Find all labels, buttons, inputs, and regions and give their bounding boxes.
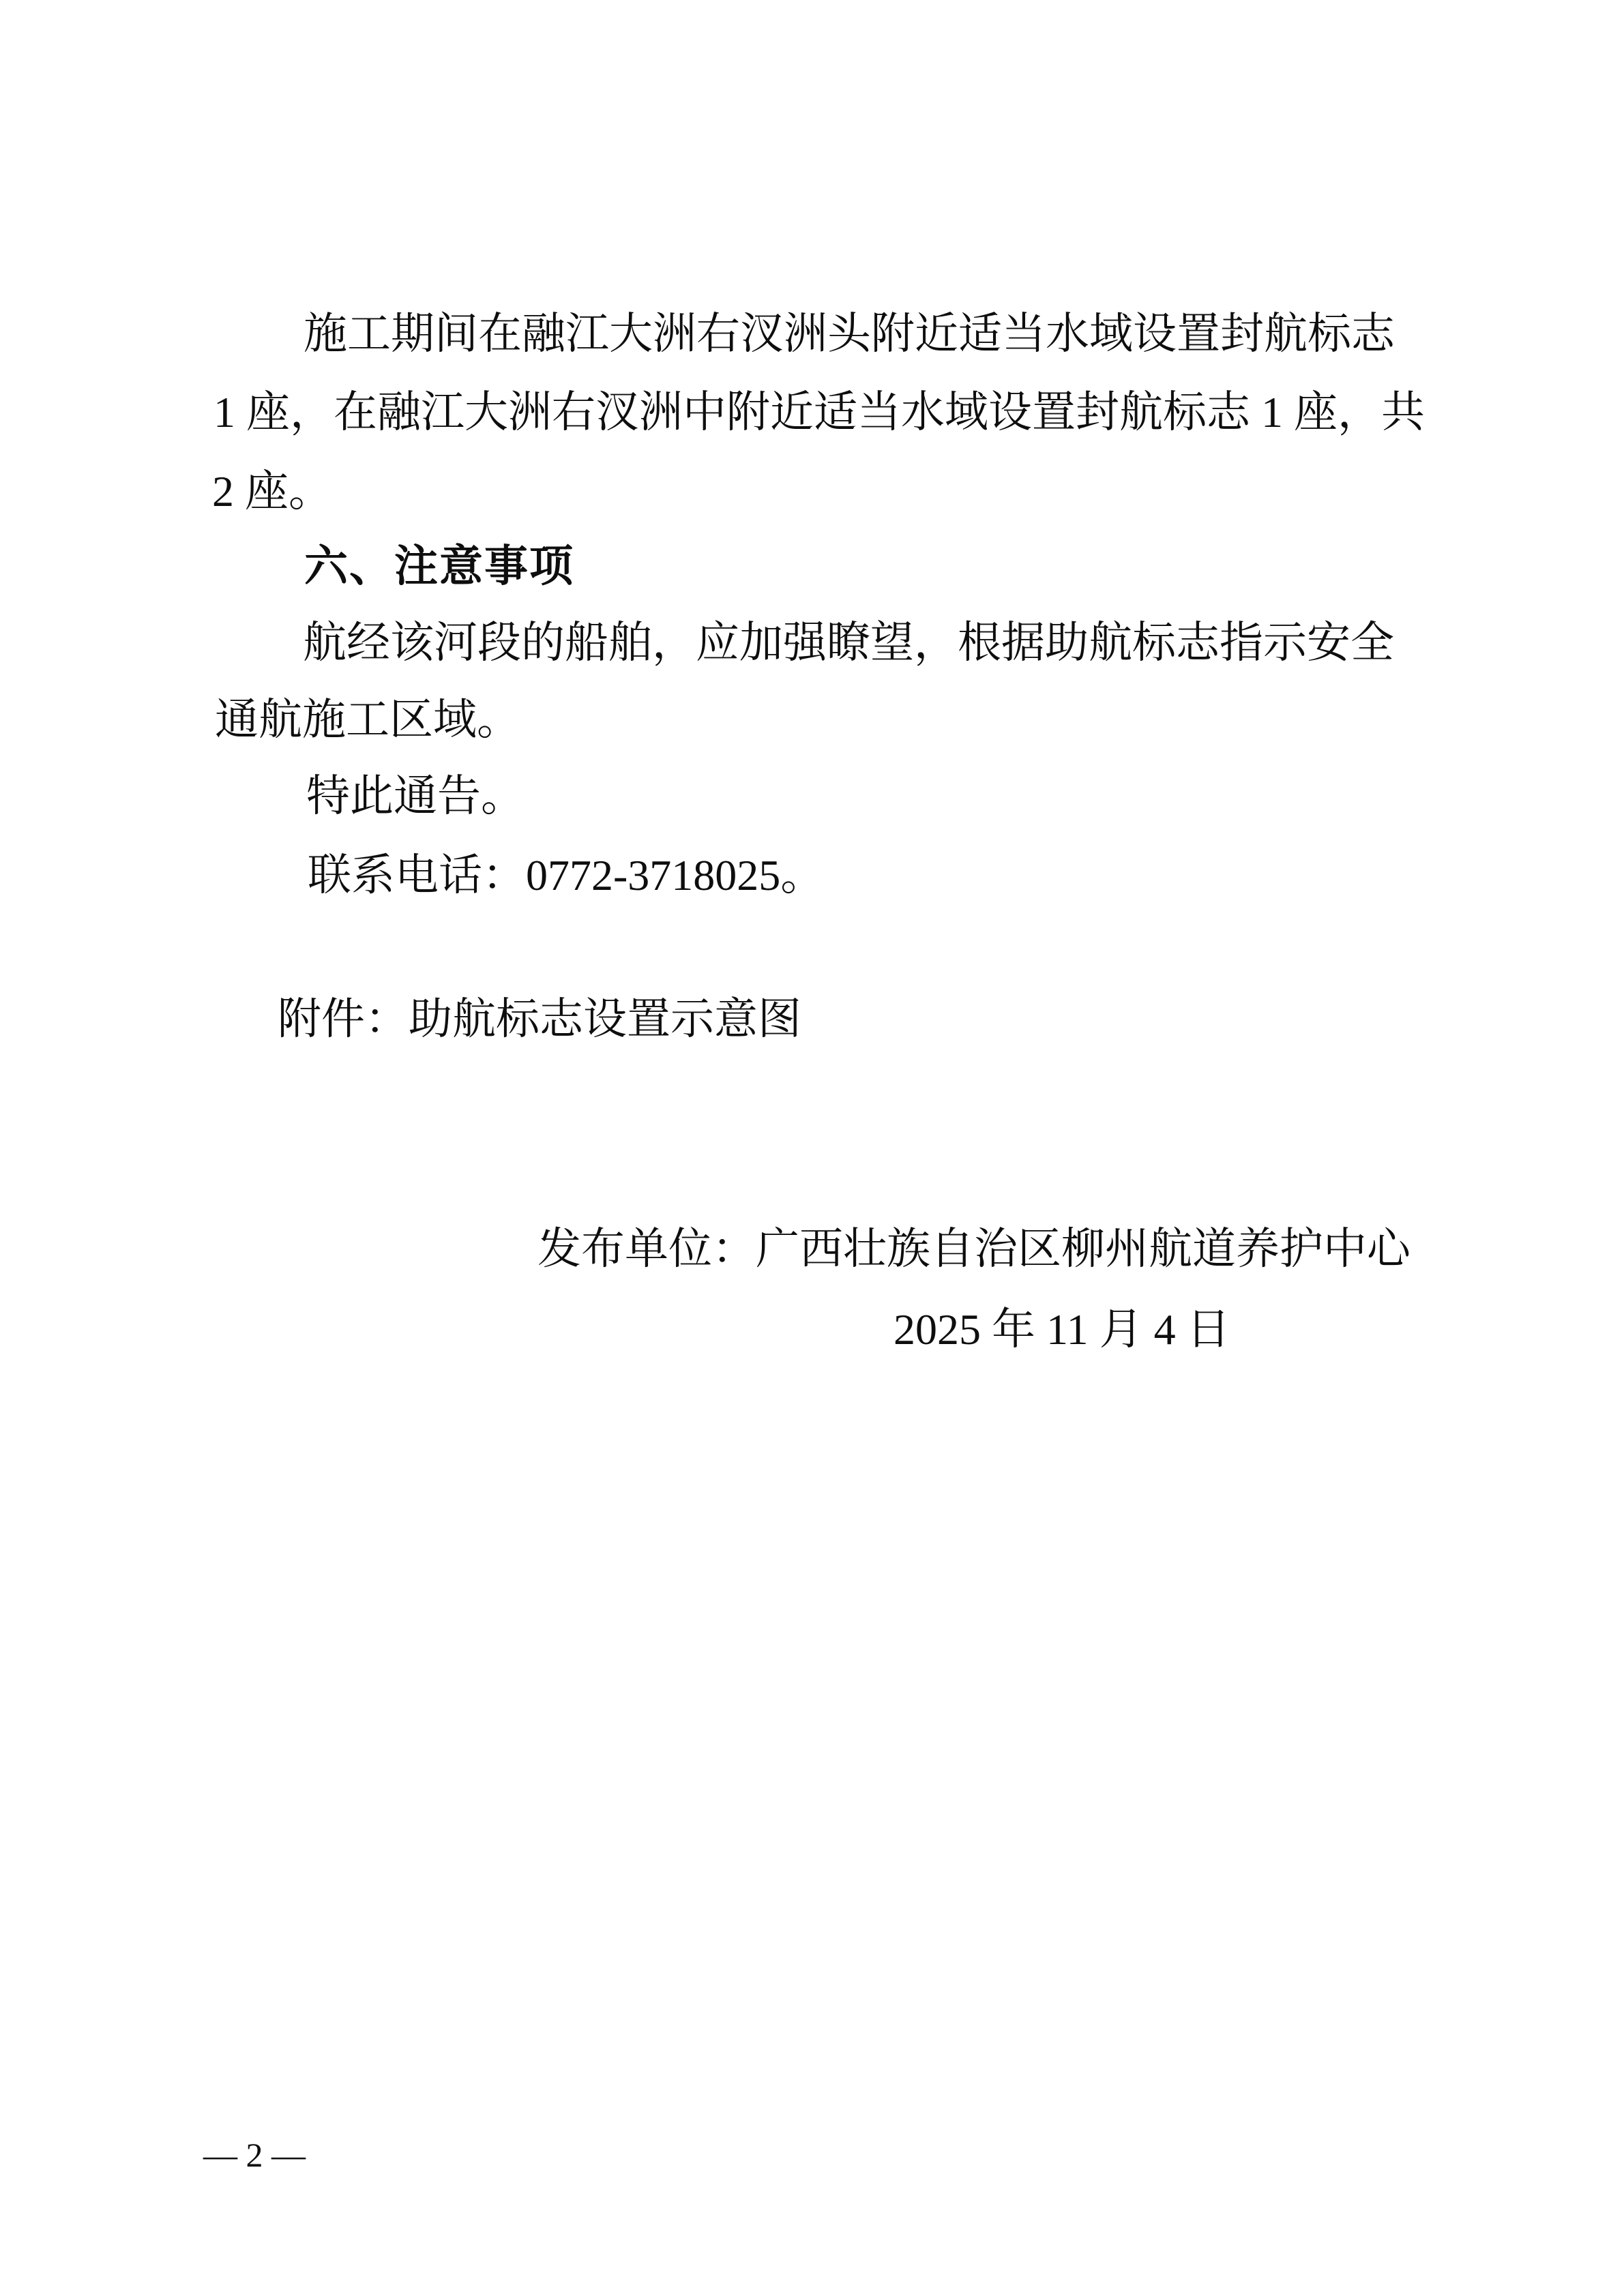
signs-paragraph-line-1: 施工期间在融江大洲右汊洲头附近适当水域设置封航标志 xyxy=(304,310,1395,358)
notes-paragraph-line-2: 通航施工区域。 xyxy=(215,696,520,744)
signs-paragraph-line-3: 2 座。 xyxy=(212,468,332,516)
section-heading-notes: 六、注意事项 xyxy=(304,542,574,590)
contact-phone-line: 联系电话：0772-3718025。 xyxy=(308,852,824,899)
page-number: — 2 — xyxy=(203,2136,306,2174)
closing-line: 特此通告。 xyxy=(306,773,525,820)
issuer-line: 发布单位：广西壮族自治区柳州航道养护中心 xyxy=(537,1225,1411,1273)
signs-paragraph-line-2: 1 座，在融江大洲右汊洲中附近适当水域设置封航标志 1 座，共 xyxy=(213,389,1425,436)
document-page: 施工期间在融江大洲右汊洲头附近适当水域设置封航标志 1 座，在融江大洲右汊洲中附… xyxy=(0,0,1624,2296)
attachment-line: 附件：助航标志设置示意图 xyxy=(278,996,801,1043)
issue-date-line: 2025 年 11 月 4 日 xyxy=(894,1306,1230,1354)
notes-paragraph-line-1: 航经该河段的船舶，应加强瞭望，根据助航标志指示安全 xyxy=(303,619,1394,667)
